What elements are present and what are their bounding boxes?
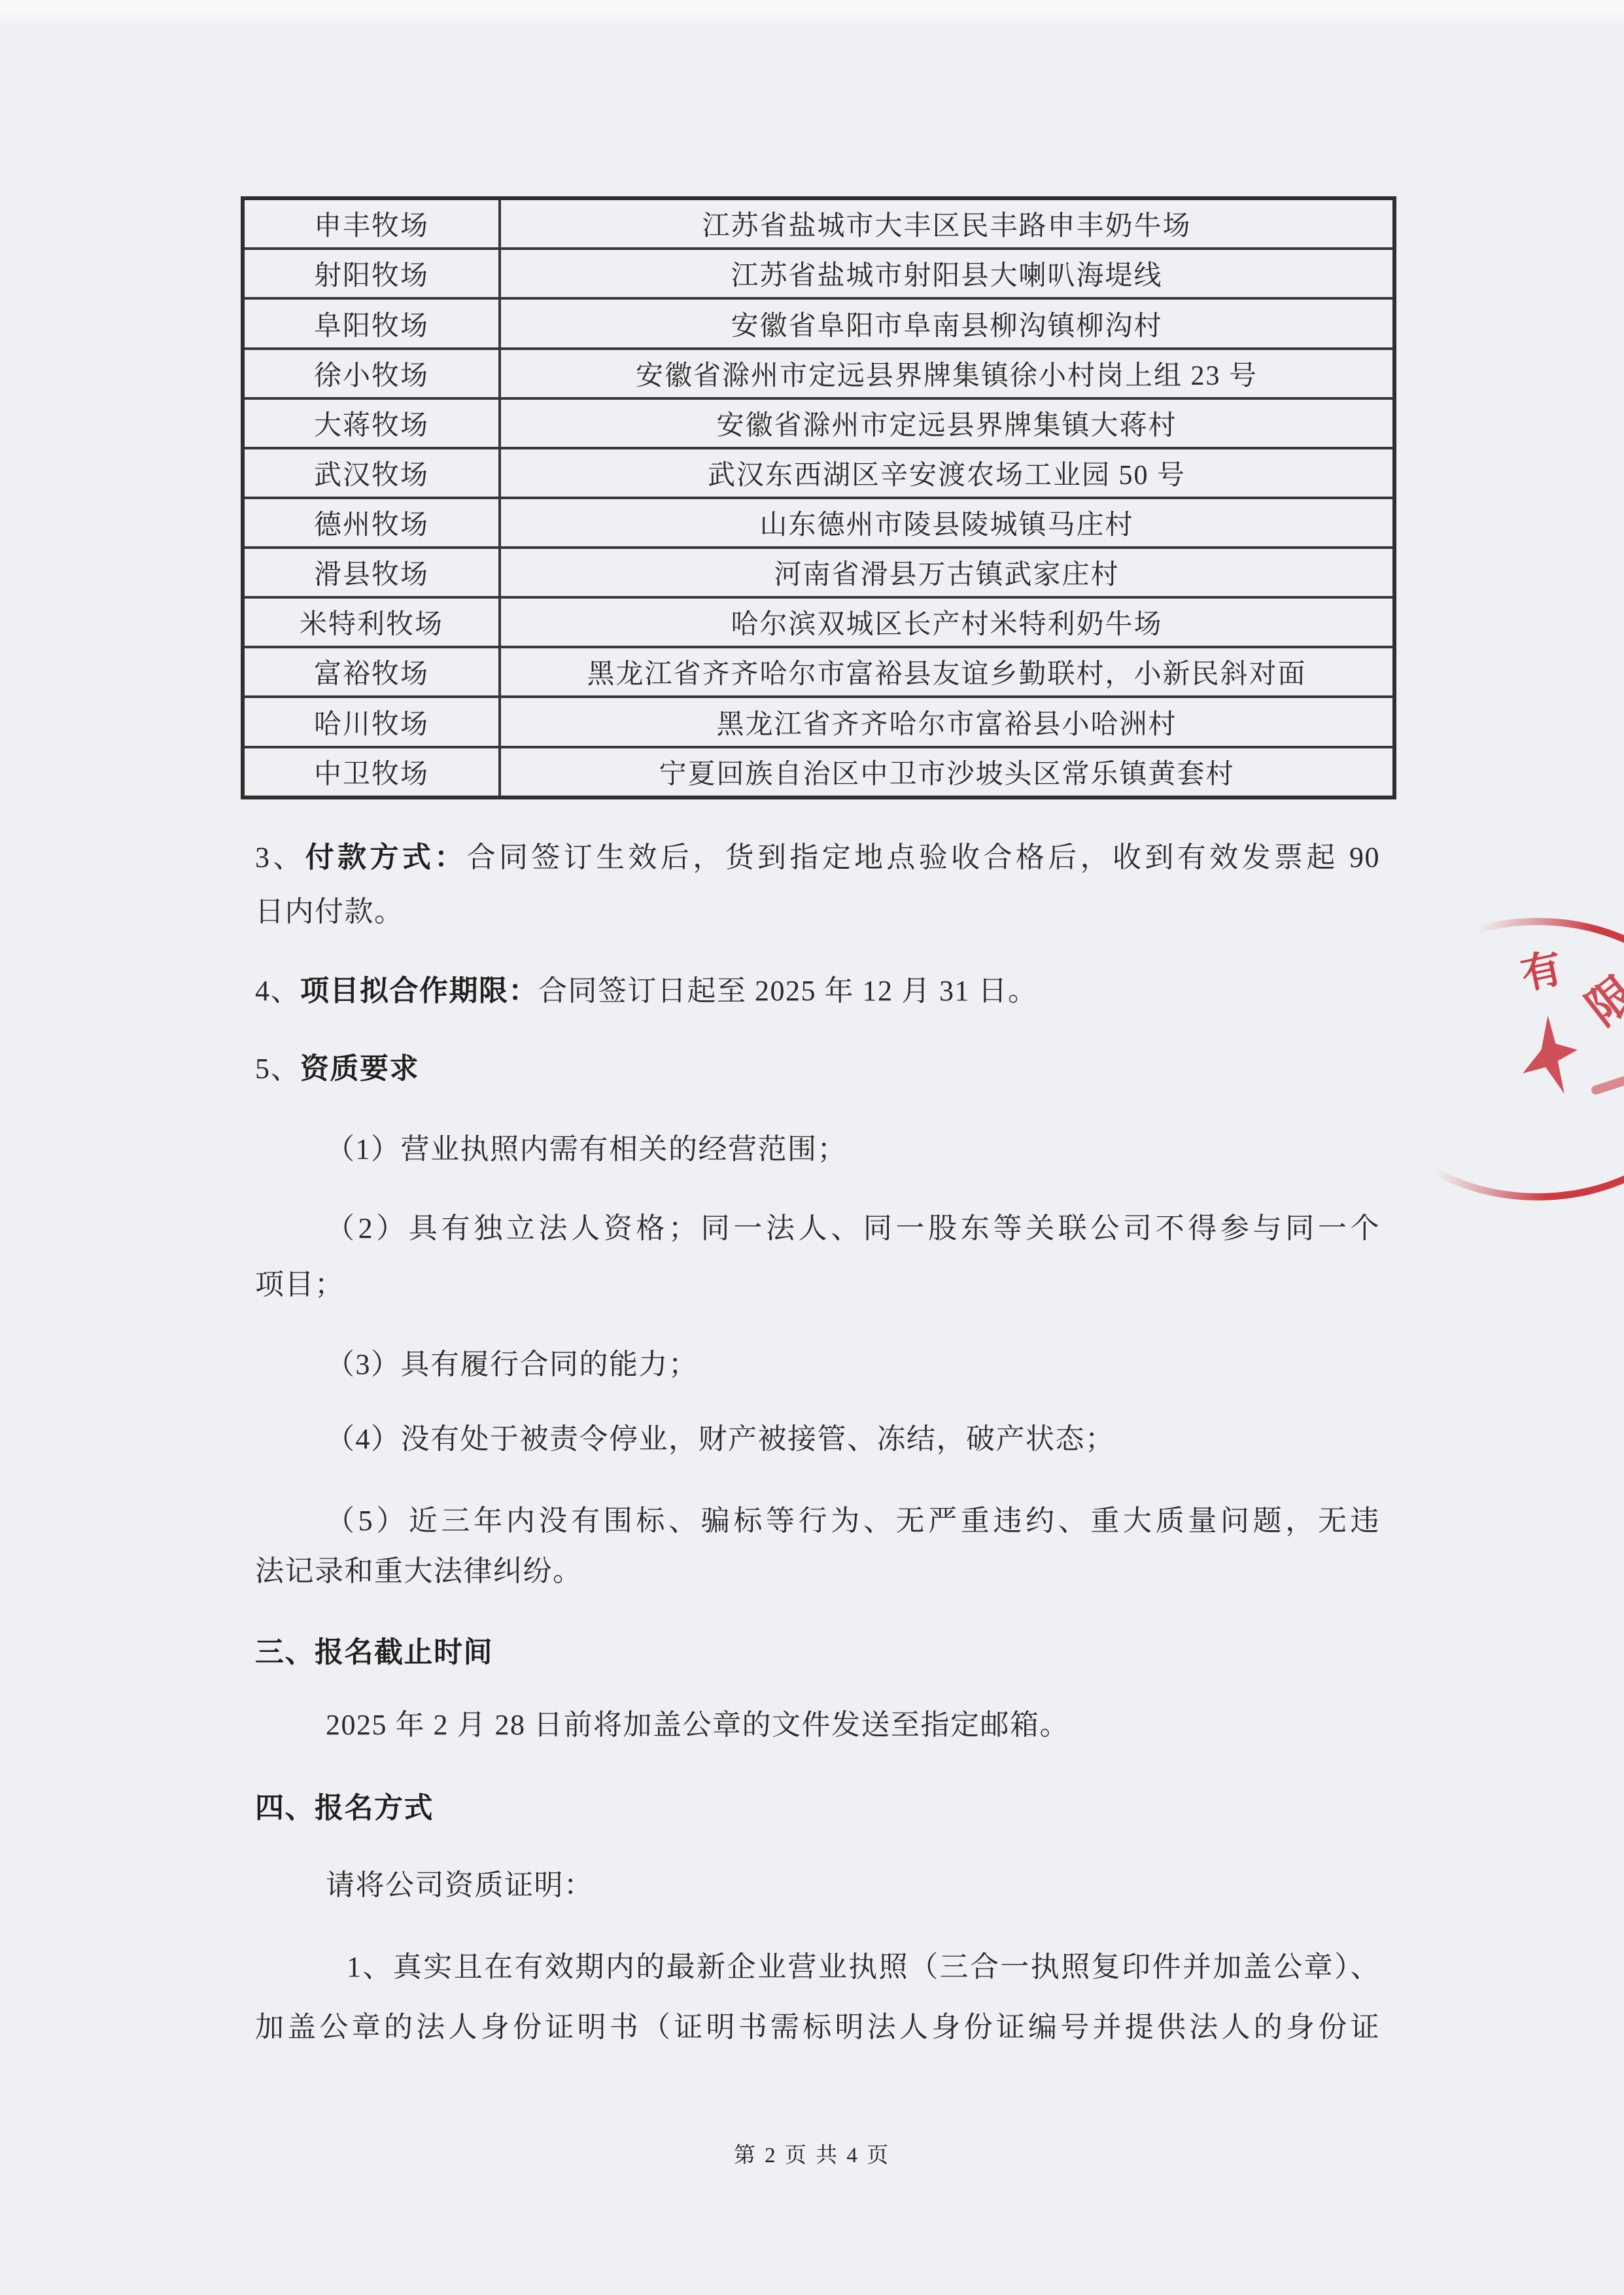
qualification-item-2-line1: （2）具有独立法人资格；同一法人、同一股东等关联公司不得参与同一个 (326, 1211, 1380, 1246)
heading-text: 四、报名方式 (255, 1792, 434, 1824)
seal-ellipse-arc (1357, 918, 1624, 1200)
section-number: 3、 (255, 841, 305, 873)
qualification-item-5-line2: 法记录和重大法律纠纷。 (255, 1554, 583, 1589)
section-3-payment-line2: 日内付款。 (255, 894, 404, 930)
section-number: 4、 (255, 975, 300, 1007)
heading-text: 三、报名截止时间 (255, 1636, 493, 1668)
requirement-1-line2: 加盖公章的法人身份证明书（证明书需标明法人身份证编号并提供法人的身份证 (255, 2010, 1380, 2045)
document-body: 3、付款方式：合同签订生效后，货到指定地点验收合格后，收到有效发票起 90 日内… (255, 0, 1380, 2295)
qualification-item-4: （4）没有处于被责令停业，财产被接管、冻结，破产状态； (326, 1422, 1115, 1457)
page-number-footer: 第 2 页 共 4 页 (0, 2138, 1624, 2169)
seal-character-xian: 限 (1570, 958, 1624, 1038)
qualification-item-1: （1）营业执照内需有相关的经营范围； (326, 1132, 847, 1167)
section-four-heading: 四、报名方式 (255, 1791, 434, 1826)
seal-ink-smudge (1590, 1075, 1624, 1096)
section-3-payment-line1: 3、付款方式：合同签订生效后，货到指定地点验收合格后，收到有效发票起 90 (255, 840, 1380, 875)
qualification-item-2-line2: 项目； (255, 1267, 345, 1303)
section-text: 合同签订生效后，货到指定地点验收合格后，收到有效发票起 90 (467, 841, 1380, 873)
qualification-item-3: （3）具有履行合同的能力； (326, 1347, 699, 1382)
section-number: 5、 (255, 1053, 300, 1085)
seal-character-you: 有 (1515, 936, 1566, 1001)
section-label: 项目拟合作期限： (300, 975, 538, 1007)
section-text: 合同签订日起至 2025 年 12 月 31 日。 (538, 975, 1038, 1007)
section-label: 资质要求 (300, 1053, 419, 1085)
section-5-qualification-heading: 5、资质要求 (255, 1051, 419, 1087)
section-label: 付款方式： (305, 841, 467, 873)
requirement-1-line1: 1、真实且在有效期内的最新企业营业执照（三合一执照复印件并加盖公章）、 (347, 1950, 1380, 1985)
section-three-heading: 三、报名截止时间 (255, 1635, 493, 1670)
seal-star-icon (1523, 1015, 1578, 1094)
section-4-term-line: 4、项目拟合作期限：合同签订日起至 2025 年 12 月 31 日。 (255, 973, 1038, 1009)
deadline-line: 2025 年 2 月 28 日前将加盖公章的文件发送至指定邮箱。 (326, 1708, 1069, 1743)
qualification-item-5-line1: （5）近三年内没有围标、骗标等行为、无严重违约、重大质量问题，无违 (326, 1503, 1380, 1539)
registration-intro-line: 请将公司资质证明： (326, 1868, 594, 1903)
scanned-document-page: 申丰牧场 江苏省盐城市大丰区民丰路申丰奶牛场 射阳牧场 江苏省盐城市射阳县大喇叭… (0, 0, 1624, 2295)
